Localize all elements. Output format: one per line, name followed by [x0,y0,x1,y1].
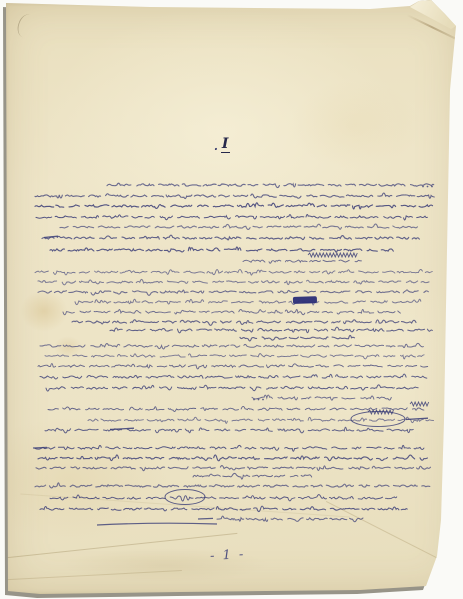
handwritten-line [252,395,391,400]
handwritten-line [75,299,421,305]
handwritten-line [38,364,428,369]
heading-dot: . [214,140,219,153]
handwritten-line [240,335,355,341]
handwritten-line [193,473,312,479]
handwriting-layer [0,0,463,599]
handwritten-line [45,427,413,433]
handwritten-line [36,215,427,220]
handwritten-line [38,455,427,461]
handwritten-line [50,495,397,501]
handwritten-line [107,183,434,187]
strikethrough-word [44,236,58,237]
handwritten-line [40,343,423,349]
section-numeral: I [221,137,231,153]
handwritten-line [40,506,407,511]
handwritten-line [35,445,424,451]
handwritten-line [72,320,416,326]
ellipsis-dot [262,399,264,401]
strikethrough-word [406,418,428,419]
section-heading: .I [214,136,230,153]
strikethrough-word [110,428,134,429]
dash-mark [33,447,47,448]
handwritten-line [36,466,431,471]
dash-mark [198,518,213,519]
ink-blot-redaction [293,296,317,304]
handwritten-line [48,406,424,411]
manuscript-page: .I - 1 - [0,0,463,599]
handwritten-line [35,193,434,199]
handwritten-line [38,290,428,295]
handwritten-line [45,354,424,359]
scanned-manuscript: .I - 1 - [0,0,463,599]
handwritten-line [243,260,361,263]
handwritten-line [35,483,430,488]
ellipsis-dot [427,186,429,188]
page-number: - 1 - [210,547,246,564]
ellipsis-dot [253,399,255,401]
ellipsis-dot [431,186,433,188]
ellipsis-dot [422,186,424,188]
scribbled-correction [368,410,394,414]
scribbled-correction [410,402,429,406]
handwritten-line [60,224,417,229]
underline-flourish [97,523,217,525]
handwritten-line [63,309,400,314]
handwritten-line [110,327,432,333]
handwritten-line [50,247,393,252]
handwritten-line [46,385,418,391]
handwritten-line [35,203,433,209]
handwritten-line [40,374,427,379]
handwritten-line [35,269,432,275]
handwritten-line [88,417,434,423]
scribbled-correction [308,253,357,257]
ellipsis-dot [258,399,260,401]
handwritten-line [217,516,363,522]
handwritten-line [42,235,419,240]
handwritten-line [38,279,429,284]
